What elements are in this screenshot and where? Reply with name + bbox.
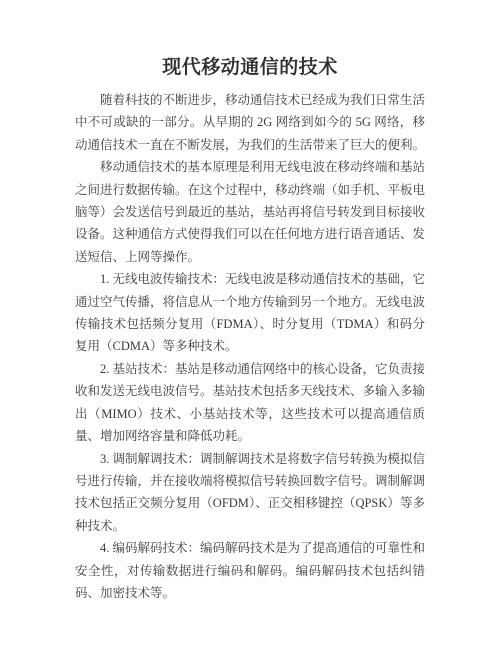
document-body: 随着科技的不断进步，移动通信技术已经成为我们日常生活中不可或缺的一部分。从早期的… — [75, 89, 425, 604]
list-item-encoding-decoding: 4. 编码解码技术：编码解码技术是为了提高通信的可靠性和安全性，对传输数据进行编… — [75, 537, 425, 604]
document-title: 现代移动通信的技术 — [75, 54, 425, 82]
list-item-radio-wave-transmission: 1. 无线电波传输技术：无线电波是移动通信技术的基础，它通过空气传播，将信息从一… — [75, 268, 425, 358]
list-item-base-station: 2. 基站技术：基站是移动通信网络中的核心设备，它负责接收和发送无线电波信号。基… — [75, 358, 425, 448]
list-item-modulation-demodulation: 3. 调制解调技术：调制解调技术是将数字信号转换为模拟信号进行传输，并在接收端将… — [75, 448, 425, 538]
intro-paragraph: 随着科技的不断进步，移动通信技术已经成为我们日常生活中不可或缺的一部分。从早期的… — [75, 89, 425, 156]
document-page: 现代移动通信的技术 随着科技的不断进步，移动通信技术已经成为我们日常生活中不可或… — [0, 0, 500, 647]
principle-paragraph: 移动通信技术的基本原理是利用无线电波在移动终端和基站之间进行数据传输。在这个过程… — [75, 156, 425, 268]
